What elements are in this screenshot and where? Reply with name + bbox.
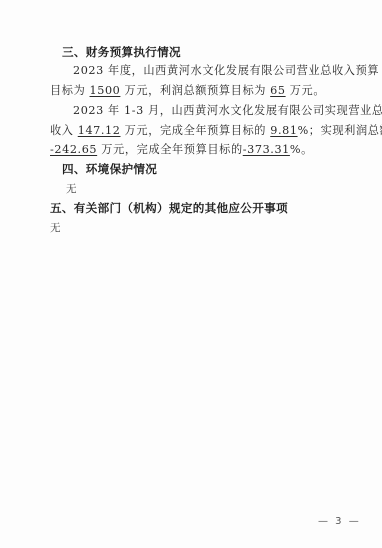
- section-heading-environment: 四、环境保护情况: [62, 162, 352, 176]
- text-fragment: 目标为: [50, 84, 90, 97]
- section-heading-finance: 三、财务预算执行情况: [62, 45, 352, 59]
- text-fragment: 万元，利润总额预算目标为: [120, 84, 270, 97]
- paragraph-line: -242.65 万元，完成全年预算目标的-373.31%。: [50, 143, 340, 157]
- revenue-actual-value: 147.12: [78, 124, 121, 137]
- text-fragment: %；实现利润总额: [298, 124, 382, 137]
- paragraph-line: 2023 年 1-3 月，山西黄河水文化发展有限公司实现营业总: [73, 104, 363, 118]
- text-fragment: 收入: [50, 124, 78, 137]
- text-fragment: %。: [290, 143, 313, 156]
- text-fragment: 万元，完成全年预算目标的: [97, 143, 243, 156]
- page-number: — 3 —: [318, 516, 361, 527]
- section-heading-other-disclosures: 五、有关部门（机构）规定的其他应公开事项: [50, 201, 340, 215]
- document-page: 三、财务预算执行情况 2023 年度，山西黄河水文化发展有限公司营业总收入预算 …: [0, 0, 382, 548]
- paragraph-line: 收入 147.12 万元，完成全年预算目标的 9.81%；实现利润总额: [50, 124, 340, 138]
- section-content-other-disclosures: 无: [50, 221, 340, 235]
- revenue-percent-value: 9.81: [270, 124, 297, 137]
- text-fragment: 万元。: [286, 84, 326, 97]
- profit-actual-value: -242.65: [50, 143, 97, 156]
- profit-percent-value: -373.31: [243, 143, 290, 156]
- profit-target-value: 65: [270, 84, 285, 97]
- paragraph-line: 目标为 1500 万元，利润总额预算目标为 65 万元。: [50, 84, 340, 98]
- paragraph-line: 2023 年度，山西黄河水文化发展有限公司营业总收入预算: [73, 64, 363, 78]
- revenue-target-value: 1500: [90, 84, 121, 97]
- section-content-environment: 无: [66, 182, 356, 196]
- text-fragment: 万元，完成全年预算目标的: [120, 124, 270, 137]
